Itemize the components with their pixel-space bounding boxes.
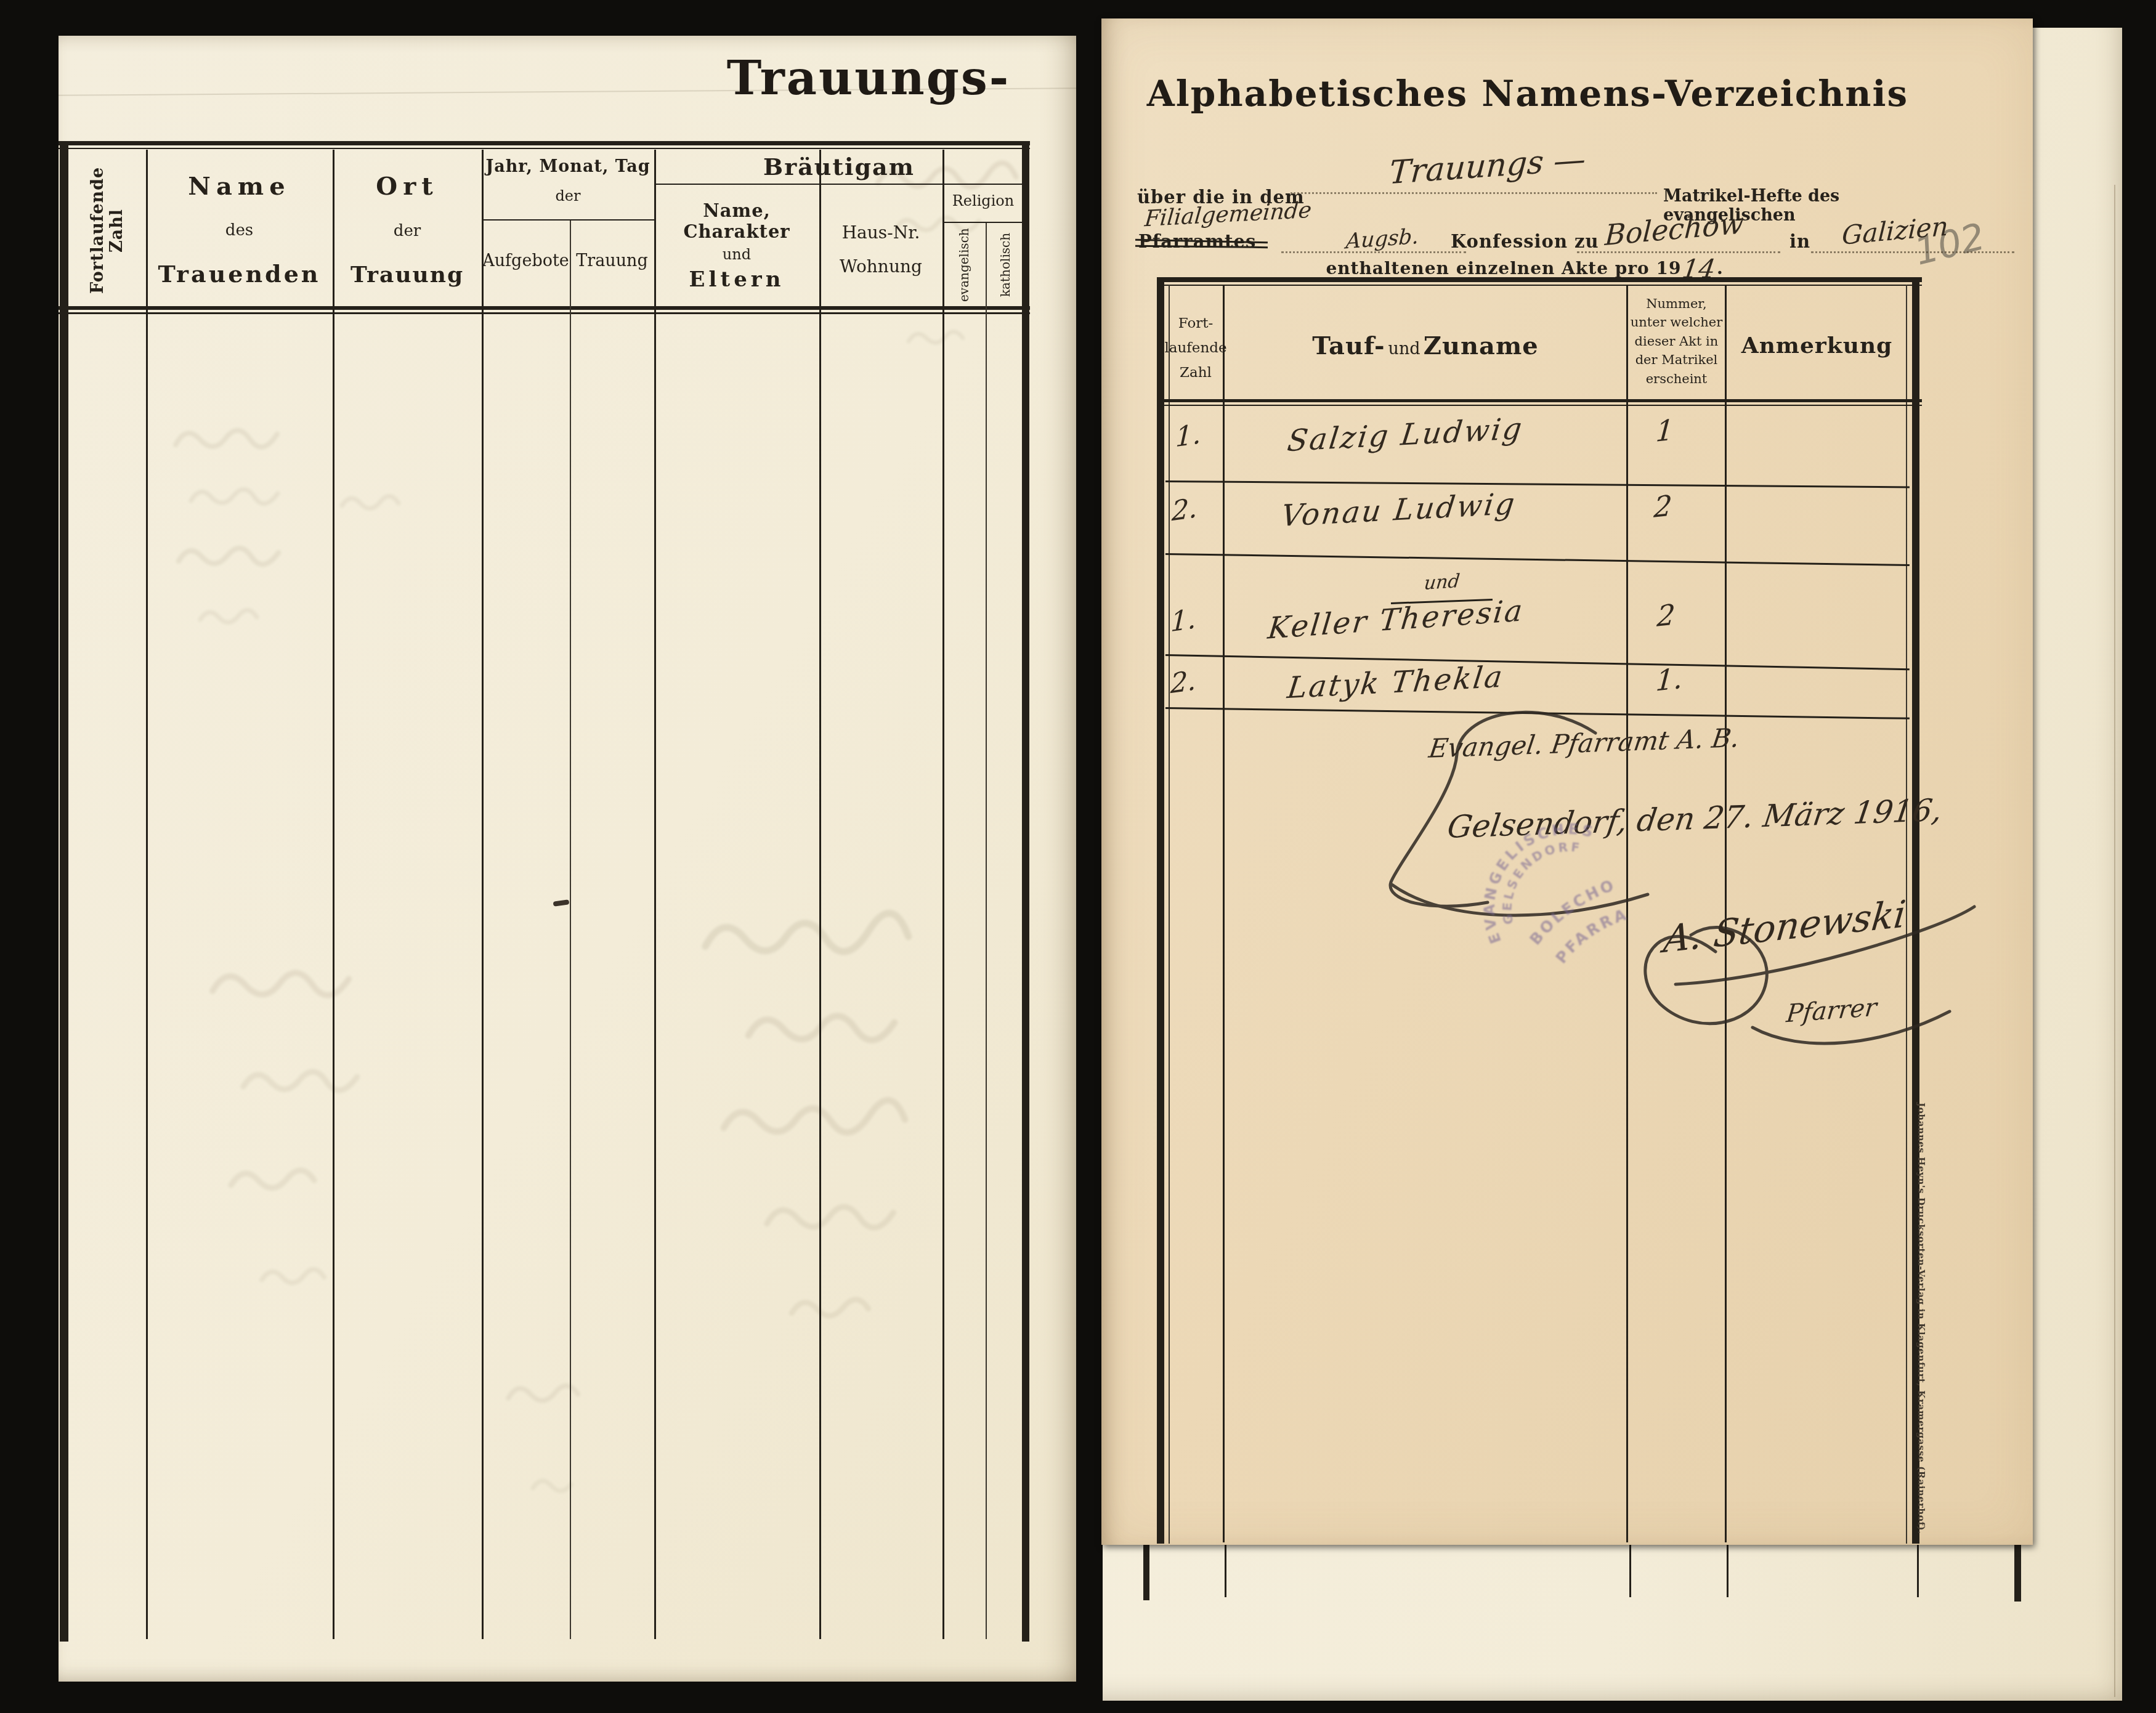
table-rule (1157, 277, 1164, 1544)
sheet-edge-line (2114, 185, 2115, 1697)
table-rule (59, 312, 1030, 314)
column-header-religion: Religion (942, 192, 1024, 209)
column-header-fortlaufende-zahl: Fortlaufende Zahl (77, 159, 137, 302)
index-header-zahl-l2: laufende (1164, 340, 1226, 356)
intro-printed-2b: Konfession zu (1451, 231, 1599, 252)
table-rule (1157, 277, 1922, 282)
table-rule (1917, 1545, 1919, 1597)
table-rule (570, 221, 571, 1639)
row-zahl: 2. (1171, 492, 1198, 528)
index-header-zahl-l1: Fort- (1178, 315, 1214, 331)
column-header-katholisch: katholisch (987, 225, 1024, 304)
table-rule (59, 141, 1030, 145)
table-rule (942, 222, 1024, 223)
index-header-zahl: Fort- laufende Zahl (1169, 311, 1223, 385)
row-zahl: 1. (1170, 603, 1196, 639)
table-rule (482, 150, 484, 1639)
table-rule (1727, 1545, 1728, 1597)
left-title-text: Trauungs- (727, 51, 1011, 105)
table-rule (986, 223, 987, 1639)
header-jahr-monat-tag: Jahr, Monat, Tag (482, 157, 654, 176)
index-header-nummer-l1: Nummer, (1628, 294, 1725, 313)
table-rule (482, 219, 654, 221)
column-header-name-des-trauenden: Name des Trauenden (146, 161, 333, 298)
index-header-nummer-l4: der Matrikel (1628, 350, 1725, 369)
intro-printed-3: enthaltenen einzelnen Akte pro 19 (1326, 258, 1681, 278)
intro-printed-3b: . (1717, 258, 1724, 278)
table-rule (1169, 285, 1170, 1544)
header-trauenden: Trauenden (158, 260, 321, 288)
table-rule (1022, 141, 1029, 1642)
blank-line (1811, 251, 2014, 253)
table-rule (60, 141, 68, 1642)
header-der: der (394, 222, 421, 240)
column-header-trauung-sub: Trauung (570, 251, 654, 270)
handwritten-konfession: Augsb. (1345, 224, 1420, 254)
header-wohnung: Wohnung (840, 256, 922, 277)
row-nummer: 2 (1656, 597, 1676, 633)
column-header-braeutigam: Bräutigam (654, 153, 1024, 180)
header-und: und (723, 246, 751, 263)
index-header-nummer-l2: unter welcher (1628, 313, 1725, 331)
table-rule (146, 150, 148, 1639)
column-header-haus-wohnung: Haus-Nr. Wohnung (819, 216, 942, 283)
table-rule (1157, 405, 1922, 406)
printer-imprint: Johannes Heyn's Drucksorten-Verlag in Kl… (1916, 1103, 1927, 1534)
table-rule (1225, 1545, 1226, 1597)
header-name: Name (188, 172, 290, 201)
index-header-nummer-l3: dieser Akt in (1628, 332, 1725, 350)
column-header-evangelisch: evangelisch (944, 225, 984, 304)
column-header-datum: Jahr, Monat, Tag der (482, 157, 654, 205)
table-rule (2014, 1545, 2021, 1602)
column-header-ort-der-trauung: Ort der Trauung (333, 161, 482, 298)
header-ort: Ort (376, 172, 438, 201)
index-header-nummer-l5: erscheint (1628, 370, 1725, 388)
table-rule (1157, 285, 1922, 286)
table-rule (942, 150, 944, 1639)
header-haus-nr: Haus-Nr. (842, 222, 920, 243)
column-header-name-charakter-eltern: Name, Charakter und Eltern (654, 198, 819, 294)
index-header-tauf: Tauf- (1312, 331, 1385, 360)
intro-printed-2c: in (1789, 231, 1810, 252)
index-header-anmerkung: Anmerkung (1727, 333, 1907, 358)
table-rule (1143, 1545, 1149, 1600)
table-rule (59, 306, 1030, 310)
row-nummer: 2 (1653, 488, 1673, 524)
index-header-zahl-l3: Zahl (1180, 365, 1212, 381)
table-rule (654, 150, 656, 1639)
table-rule (1223, 286, 1225, 1542)
table-rule (59, 148, 1030, 149)
header-name-charakter: Name, Charakter (654, 200, 819, 242)
header-eltern: Eltern (689, 267, 785, 292)
header-des: des (225, 221, 253, 240)
row-zahl: 1. (1175, 418, 1201, 454)
table-rule (819, 150, 821, 1639)
header-trauung: Trauung (351, 262, 464, 288)
table-rule (654, 184, 1024, 185)
group-separator: und (1423, 570, 1461, 594)
right-page-title: Alphabetisches Namens-Verzeichnis (1127, 73, 1928, 115)
column-header-aufgebote: Aufgebote (482, 251, 570, 270)
left-page-title: Trauungs- (708, 51, 1029, 105)
row-zahl: 2. (1170, 665, 1196, 700)
header-datum-der: der (482, 187, 654, 205)
index-header-zuname: Zuname (1424, 331, 1539, 360)
table-rule (1629, 1545, 1631, 1597)
index-header-name-und: und (1388, 339, 1420, 358)
table-rule (333, 150, 334, 1639)
row-nummer: 1 (1655, 413, 1675, 448)
blank-line (1291, 192, 1657, 194)
index-header-nummer: Nummer, unter welcher dieser Akt in der … (1628, 294, 1725, 388)
table-rule (1157, 399, 1922, 402)
index-header-name: Tauf- und Zuname (1225, 331, 1626, 360)
